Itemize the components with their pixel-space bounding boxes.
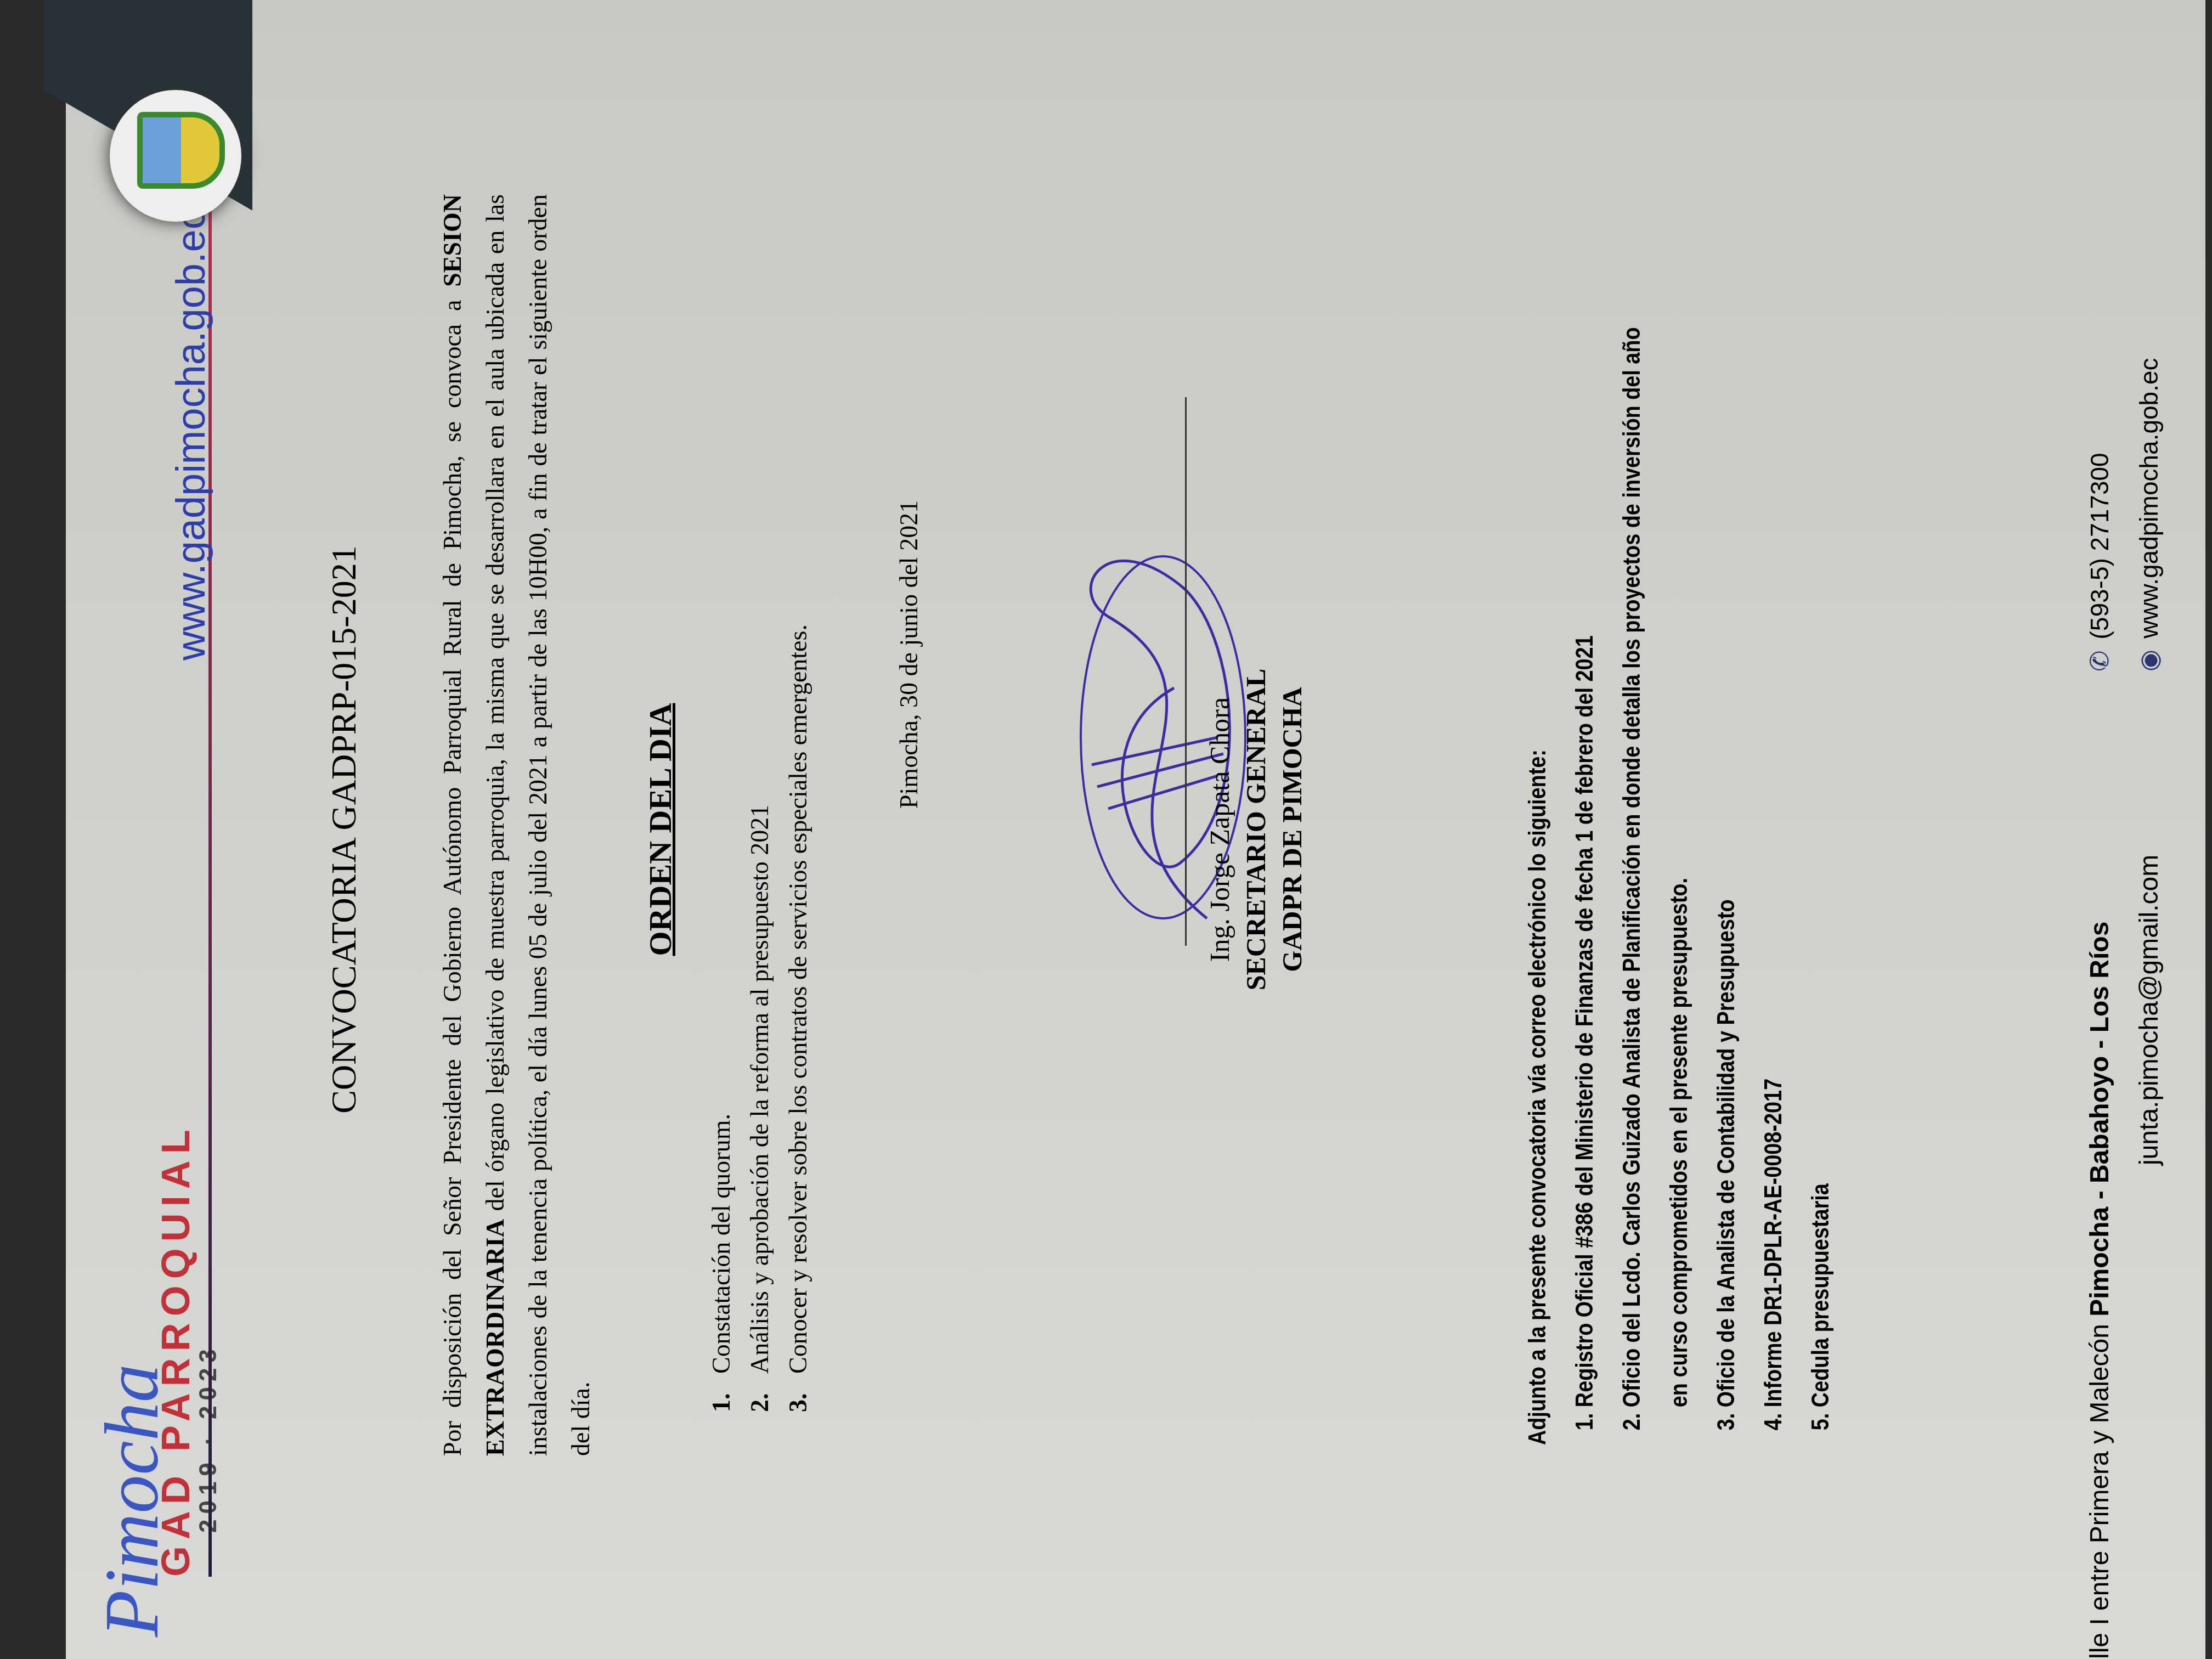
gad-label: GAD PARROQUIAL [154, 1123, 199, 1577]
shield-icon [137, 112, 225, 189]
footer-phone: ✆(593-5) 2717300 [2085, 453, 2114, 672]
wifi-icon: ◉ [2134, 650, 2164, 672]
document-title: CONVOCATORIA GADPRP-015-2021 [324, 0, 364, 1659]
agenda-item: 3.Conocer y resolver sobre los contratos… [779, 624, 817, 1412]
signer-name: Ing. Jorge Zapata Chora [1201, 0, 1238, 1659]
coat-of-arms-icon [110, 90, 241, 222]
signer-role: SECRETARIO GENERAL [1238, 0, 1274, 1659]
footer-address: lle I entre Primera y Malecón Pimocha - … [2085, 922, 2115, 1659]
date-line: Pimocha, 30 de junio del 2021 [894, 500, 923, 809]
footer-email: junta.pimocha@gmail.com [2134, 855, 2164, 1165]
footer-website: ◉www.gadpimocha.gob.ec [2134, 358, 2164, 672]
agenda-item: 2.Análisis y aprobación de la reforma al… [741, 624, 779, 1412]
attachment-item: Informe DR1-DPLR-AE-0008-2017 [1750, 313, 1797, 1407]
intro-paragraph: Por disposición del Señor Presidente del… [431, 194, 602, 1456]
attachment-item: Registro Oficial #386 del Ministerio de … [1561, 313, 1609, 1407]
letterhead: Pimocha GAD PARROQUIAL 2019 · 2023 www.g… [66, 0, 274, 1659]
agenda-item: 1.Constatación del quorum. [702, 624, 741, 1412]
signature-line [1185, 397, 1187, 946]
attachment-item: Cedula presupuestaria [1797, 313, 1844, 1407]
header-website: www.gadpimocha.gob.ec [167, 209, 214, 661]
intro-text-1: Por disposición del Señor Presidente del… [438, 287, 466, 1456]
letterhead-footer: lle I entre Primera y Malecón Pimocha - … [2074, 0, 2205, 1659]
signer-block: Ing. Jorge Zapata Chora SECRETARIO GENER… [1201, 0, 1310, 1659]
attachments-section: Adjunto a la presente convocatoria vía c… [1514, 313, 1844, 1445]
document-page: Pimocha GAD PARROQUIAL 2019 · 2023 www.g… [66, 0, 2140, 1659]
attachment-item: Oficio del Lcdo. Carlos Guizado Analista… [1609, 313, 1703, 1407]
agenda-list: 1.Constatación del quorum. 2.Análisis y … [702, 624, 817, 1412]
phone-icon: ✆ [2085, 650, 2114, 672]
attachments-intro: Adjunto a la presente convocatoria vía c… [1514, 313, 1561, 1445]
attachment-item: Oficio de la Analista de Contabilidad y … [1703, 313, 1750, 1407]
signer-org: GADPR DE PIMOCHA [1274, 0, 1310, 1659]
attachments-list: Registro Oficial #386 del Ministerio de … [1561, 313, 1844, 1445]
agenda-title: ORDEN DEL DIA [642, 0, 679, 1659]
paper: Pimocha GAD PARROQUIAL 2019 · 2023 www.g… [66, 0, 2205, 1659]
